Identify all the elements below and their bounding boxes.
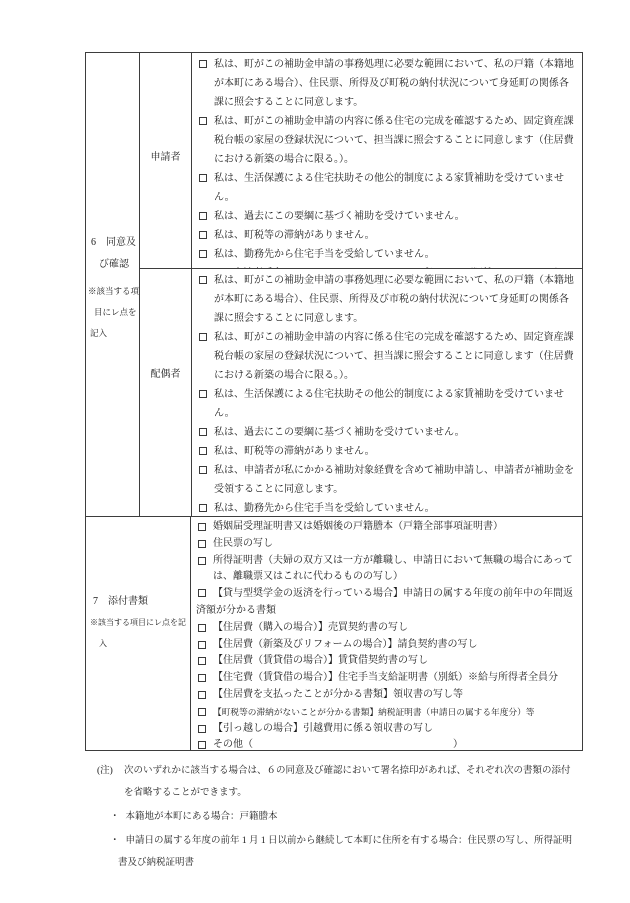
checkbox-label: 私は、町がこの補助金申請の内容に係る住宅の完成を確認するため、固定資産課税台帳の… (214, 112, 578, 169)
checkbox-item: 私は、町がこの補助金申請の内容に係る住宅の完成を確認するため、固定資産課税台帳の… (197, 328, 578, 385)
section-7-attachments: 7 添付書類 ※該当する項目にレ点を記 入 婚姻届受理証明書又は婚姻後の戸籍謄本… (86, 516, 582, 750)
checkbox-label: 私は、町がこの補助金申請の事務処理に必要な範囲において、私の戸籍（本籍地が本町に… (214, 55, 578, 112)
footnote-bullet: ・本籍地が本町にある場合：戸籍謄本 (97, 806, 579, 828)
checkbox-label: 私は、過去にこの要綱に基づく補助を受けていません。 (214, 207, 578, 226)
checkbox-label: 【住居費（賃貸借の場合）】賃貸借契約書の写し (213, 653, 578, 670)
checkbox-item: 【引っ越しの場合】引越費用に係る領収書の写し (196, 721, 578, 738)
checkbox-label: その他（ ） (213, 737, 578, 750)
footnote-bullet-text: 申請日の属する年度の前年 1 月 1 日以前から継続して本町に住所を有する場合：… (118, 836, 572, 868)
section-7-title: 7 添付書類 (86, 591, 190, 612)
checkbox-label: 【町税等の滞納がないことが分かる書類】納税証明書（申請日の属する年度分）等 (213, 704, 578, 721)
checkbox[interactable] (199, 231, 207, 239)
checkbox-item: 私は、町税等の滞納がありません。 (197, 442, 578, 461)
checkbox[interactable] (199, 504, 207, 512)
section-6-header-cell: 6 同意及 び確認 ※該当する項 目にレ点を 記入 (86, 53, 140, 516)
applicant-consent-list: 私は、町がこの補助金申請の事務処理に必要な範囲において、私の戸籍（本籍地が本町に… (192, 53, 582, 268)
checkbox-label: 私は、町がこの補助金申請の内容に係る住宅の完成を確認するため、固定資産課税台帳の… (214, 328, 578, 385)
bullet-icon: ・ (110, 836, 120, 846)
checkbox-label: 【住居費（購入の場合）】売買契約書の写し (213, 620, 578, 637)
applicant-row: 申請者 私は、町がこの補助金申請の事務処理に必要な範囲において、私の戸籍（本籍地… (140, 53, 582, 268)
checkbox-label: 【貸与型奨学金の返済を行っている場合】申請日の属する年度の前年中の年間返済額が分… (196, 588, 573, 616)
section-6-title-line: び確認 (86, 254, 139, 276)
checkbox-label: 住民票の写し (213, 536, 578, 553)
section-6-body: 申請者 私は、町がこの補助金申請の事務処理に必要な範囲において、私の戸籍（本籍地… (140, 53, 582, 516)
checkbox-label: 私は、町がこの補助金申請の事務処理に必要な範囲において、私の戸籍（本籍地が本町に… (214, 271, 578, 328)
section-6-note-line: ※該当する項 (86, 281, 139, 302)
checkbox[interactable] (198, 641, 206, 649)
checkbox-label: 私は、町税等の滞納がありません。 (214, 442, 578, 461)
section-7-note-line: 入 (86, 633, 190, 654)
checkbox-label: 【住宅費（賃貸借の場合）】住宅手当支給証明書（別紙）※給与所得者全員分 (213, 670, 578, 687)
checkbox-item: 所得証明書（夫婦の双方又は一方が離職し、申請日において無職の場合にあっては、離職… (196, 553, 578, 587)
checkbox-item: 【住居費（新築及びリフォームの場合）】請負契約書の写し (196, 637, 578, 654)
checkbox-label: 婚姻届受理証明書又は婚姻後の戸籍謄本（戸籍全部事項証明書） (213, 519, 578, 536)
checkbox-label: 私は、過去にこの要綱に基づく補助を受けていません。 (214, 423, 578, 442)
checkbox-item: 【住宅費（賃貸借の場合）】住宅手当支給証明書（別紙）※給与所得者全員分 (196, 670, 578, 687)
checkbox[interactable] (198, 725, 206, 733)
checkbox[interactable] (198, 708, 206, 716)
section-7-note-line: ※該当する項目にレ点を記 (86, 612, 190, 633)
checkbox-label: 私は、申請者が私にかかる補助対象経費を含めて補助申請し、申請者が補助金を受領する… (214, 461, 578, 499)
checkbox-item: 私は、過去にこの要綱に基づく補助を受けていません。 (197, 423, 578, 442)
checkbox[interactable] (199, 212, 207, 220)
checkbox-label: 私は、町税等の滞納がありません。 (214, 226, 578, 245)
section-6-consent: 6 同意及 び確認 ※該当する項 目にレ点を 記入 申請者 私は、町がこの補助金… (86, 53, 582, 516)
checkbox-label: 私は、生活保護による住宅扶助その他公的制度による家賃補助を受けていません。 (214, 385, 578, 423)
checkbox[interactable] (198, 540, 206, 548)
checkbox-label: 私は、勤務先から住宅手当を受給していません。 (214, 499, 578, 516)
checkbox[interactable] (198, 657, 206, 665)
checkbox-item: 私は、町税等の滞納がありません。 (197, 226, 578, 245)
checkbox-item: 私は、勤務先から住宅手当を受給していません。 (197, 245, 578, 264)
checkbox[interactable] (199, 174, 207, 182)
attachment-list: 婚姻届受理証明書又は婚姻後の戸籍謄本（戸籍全部事項証明書） 住民票の写し 所得証… (191, 517, 582, 750)
spouse-role-label: 配偶者 (140, 269, 192, 516)
checkbox[interactable] (199, 466, 207, 474)
footnote-text: 次のいずれかに該当する場合は、６の同意及び確認において署名捺印があれば、それぞれ… (124, 760, 579, 804)
section-6-title-line: 6 同意及 (86, 232, 139, 254)
checkbox[interactable] (198, 523, 206, 531)
spouse-row: 配偶者 私は、町がこの補助金申請の事務処理に必要な範囲において、私の戸籍（本籍地… (140, 268, 582, 516)
checkbox-label: 【住居費（新築及びリフォームの場合）】請負契約書の写し (213, 637, 578, 654)
footnote-head: (注) 次のいずれかに該当する場合は、６の同意及び確認において署名捺印があれば、… (97, 760, 579, 804)
checkbox[interactable] (198, 674, 206, 682)
checkbox-label: 所得証明書（夫婦の双方又は一方が離職し、申請日において無職の場合にあっては、離職… (213, 553, 578, 587)
checkbox-item: 私は、生活保護による住宅扶助その他公的制度による家賃補助を受けていません。 (197, 169, 578, 207)
checkbox-item: 私は、町がこの補助金申請の事務処理に必要な範囲において、私の戸籍（本籍地が本町に… (197, 271, 578, 328)
application-form-table: 6 同意及 び確認 ※該当する項 目にレ点を 記入 申請者 私は、町がこの補助金… (85, 52, 583, 751)
checkbox-label: 私は、勤務先から住宅手当を受給していません。 (214, 245, 578, 264)
checkbox-item: 婚姻届受理証明書又は婚姻後の戸籍謄本（戸籍全部事項証明書） (196, 519, 578, 536)
checkbox-item: その他（ ） (196, 737, 578, 750)
checkbox[interactable] (199, 447, 207, 455)
form-page: { "table": { "section6": { "label_lines"… (0, 0, 630, 903)
footnote: (注) 次のいずれかに該当する場合は、６の同意及び確認において署名捺印があれば、… (97, 760, 579, 874)
footnote-bullet: ・申請日の属する年度の前年 1 月 1 日以前から継続して本町に住所を有する場合… (97, 830, 579, 874)
section-7-header-cell: 7 添付書類 ※該当する項目にレ点を記 入 (86, 517, 191, 750)
checkbox[interactable] (199, 117, 207, 125)
checkbox[interactable] (199, 60, 207, 68)
checkbox[interactable] (198, 557, 206, 565)
checkbox[interactable] (199, 333, 207, 341)
checkbox[interactable] (199, 276, 207, 284)
footnote-marker: (注) (97, 760, 124, 804)
checkbox[interactable] (198, 624, 206, 632)
checkbox-item: 【住居費を支払ったことが分かる書類】領収書の写し等 (196, 687, 578, 704)
section-6-note-line: 目にレ点を (86, 302, 139, 323)
checkbox-item: 私は、過去にこの要綱に基づく補助を受けていません。 (197, 207, 578, 226)
checkbox[interactable] (199, 428, 207, 436)
checkbox-item: 私は、町がこの補助金申請の事務処理に必要な範囲において、私の戸籍（本籍地が本町に… (197, 55, 578, 112)
checkbox-label: 私は、生活保護による住宅扶助その他公的制度による家賃補助を受けていません。 (214, 169, 578, 207)
spouse-consent-list: 私は、町がこの補助金申請の事務処理に必要な範囲において、私の戸籍（本籍地が本町に… (192, 269, 582, 516)
checkbox-item: 【貸与型奨学金の返済を行っている場合】申請日の属する年度の前年中の年間返済額が分… (196, 586, 578, 620)
checkbox-label: 【住居費を支払ったことが分かる書類】領収書の写し等 (213, 687, 578, 704)
footnote-bullet-text: 本籍地が本町にある場合：戸籍謄本 (126, 812, 278, 822)
section-6-note-line: 記入 (86, 323, 139, 344)
bullet-icon: ・ (110, 812, 120, 822)
checkbox-item: 【住居費（購入の場合）】売買契約書の写し (196, 620, 578, 637)
checkbox-item: 【町税等の滞納がないことが分かる書類】納税証明書（申請日の属する年度分）等 (196, 704, 578, 721)
checkbox-item: 私は、勤務先から住宅手当を受給していません。 (197, 499, 578, 516)
checkbox-item: 住民票の写し (196, 536, 578, 553)
checkbox[interactable] (198, 589, 206, 597)
checkbox[interactable] (198, 691, 206, 699)
checkbox-item: 【住居費（賃貸借の場合）】賃貸借契約書の写し (196, 653, 578, 670)
applicant-role-label: 申請者 (140, 53, 192, 268)
checkbox-label: 【引っ越しの場合】引越費用に係る領収書の写し (213, 721, 578, 738)
checkbox-item: 私は、生活保護による住宅扶助その他公的制度による家賃補助を受けていません。 (197, 385, 578, 423)
checkbox[interactable] (199, 390, 207, 398)
checkbox[interactable] (198, 741, 206, 749)
checkbox-item: 私は、町がこの補助金申請の内容に係る住宅の完成を確認するため、固定資産課税台帳の… (197, 112, 578, 169)
checkbox-item: 私は、申請者が私にかかる補助対象経費を含めて補助申請し、申請者が補助金を受領する… (197, 461, 578, 499)
checkbox[interactable] (199, 250, 207, 258)
